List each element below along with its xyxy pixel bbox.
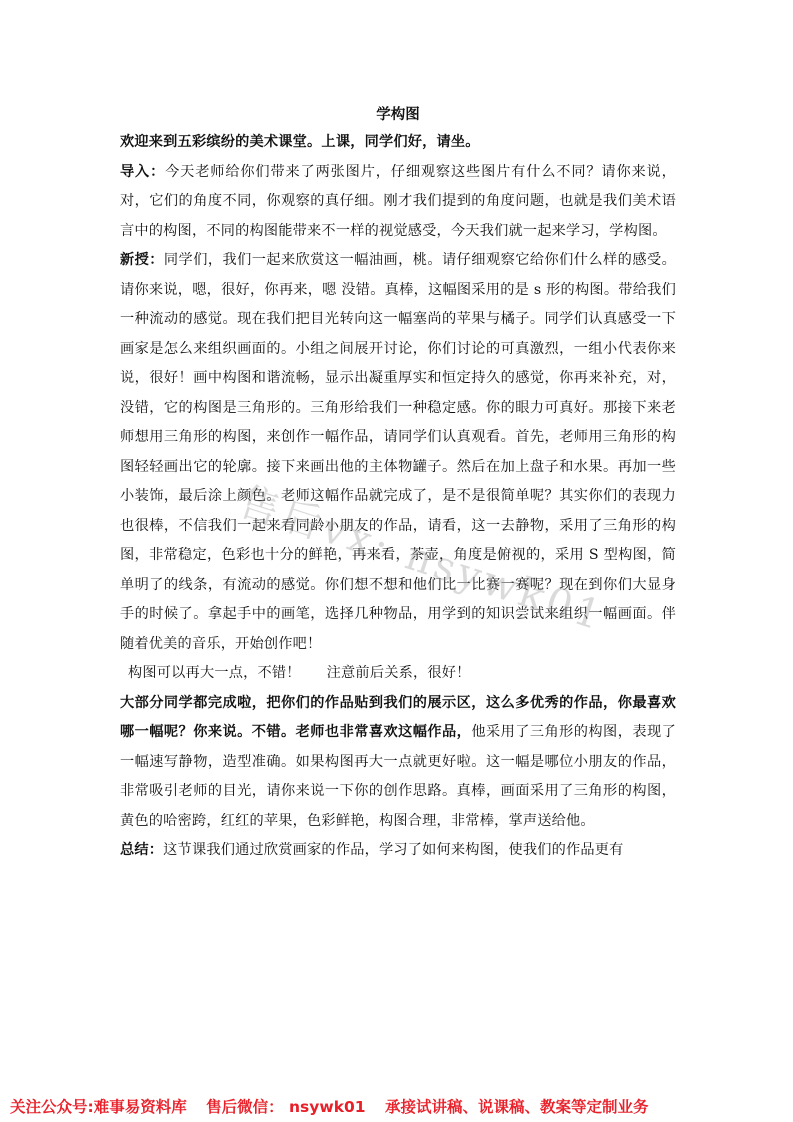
summary-text: 这节课我们通过欣赏画家的作品，学习了如何来构图，使我们的作品更有 [163, 842, 623, 858]
display-paragraph: 大部分同学都完成啦，把你们的作品贴到我们的展示区，这么多优秀的作品，你最喜欢哪一… [120, 689, 676, 837]
footer-banner: 关注公众号:难事易资料库 售后微信： nsywk01 承接试讲稿、说课稿、教案等… [0, 1095, 793, 1122]
footer-wechat-account: 关注公众号:难事易资料库 [10, 1098, 187, 1116]
feedback-line-2: 注意前后关系，很好！ [327, 665, 471, 681]
intro-paragraph: 导入：今天老师给你们带来了两张图片，仔细观察这些图片有什么不同？请你来说，对，它… [120, 158, 676, 247]
intro-label: 导入： [120, 164, 165, 180]
new-lesson-paragraph: 新授：同学们，我们一起来欣赏这一幅油画，桃。请仔细观察它给你们什么样的感受。请你… [120, 246, 676, 659]
summary-label: 总结： [120, 842, 163, 858]
document-body: 欢迎来到五彩缤纷的美术课堂。上课，同学们好，请坐。 导入：今天老师给你们带来了两… [120, 128, 676, 866]
new-lesson-text: 同学们，我们一起来欣赏这一幅油画，桃。请仔细观察它给你们什么样的感受。请你来说，… [120, 252, 676, 652]
new-lesson-label: 新授： [120, 252, 164, 268]
feedback-paragraph: 构图可以再大一点，不错！注意前后关系，很好！ [120, 659, 676, 689]
document-title: 学构图 [120, 103, 676, 124]
summary-paragraph: 总结：这节课我们通过欣赏画家的作品，学习了如何来构图，使我们的作品更有 [120, 836, 676, 866]
intro-text: 今天老师给你们带来了两张图片，仔细观察这些图片有什么不同？请你来说，对，它们的角… [120, 164, 676, 239]
footer-support-wechat: 售后微信： nsywk01 [206, 1098, 365, 1116]
feedback-line-1: 构图可以再大一点，不错！ [128, 665, 301, 681]
footer-services: 承接试讲稿、说课稿、教案等定制业务 [385, 1098, 649, 1116]
greeting-paragraph: 欢迎来到五彩缤纷的美术课堂。上课，同学们好，请坐。 [120, 128, 676, 158]
